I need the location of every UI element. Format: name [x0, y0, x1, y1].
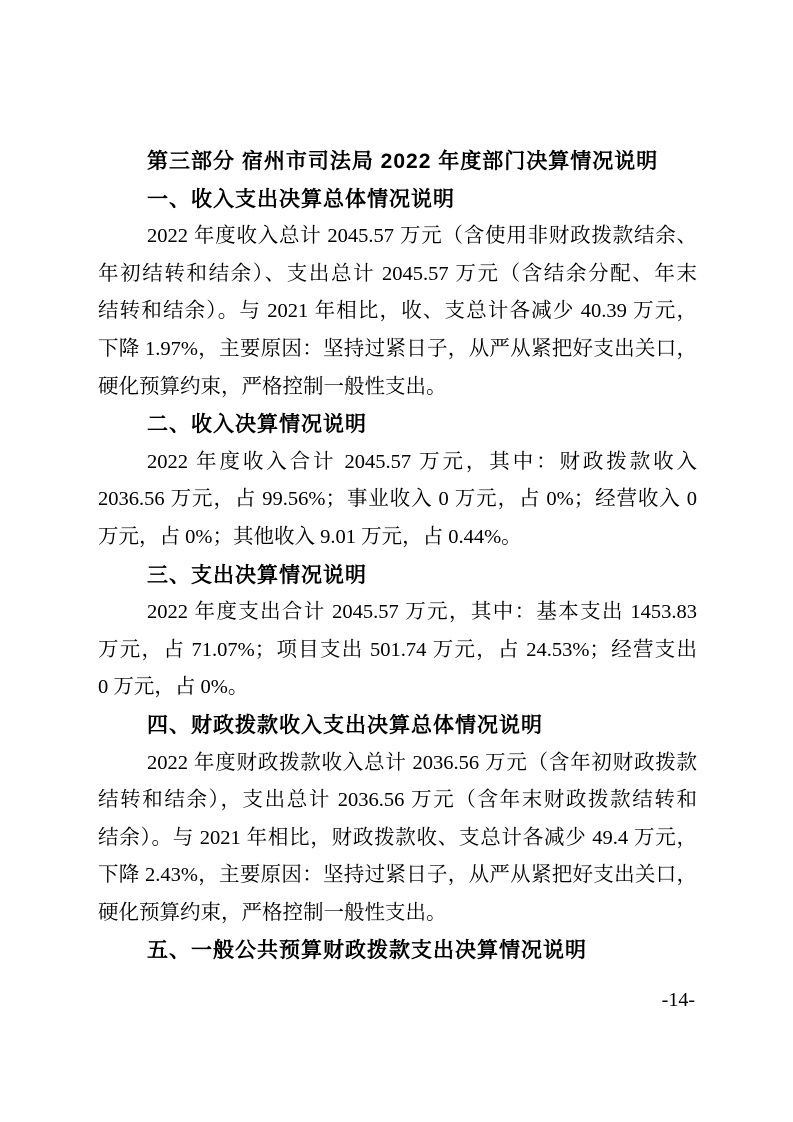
- text-line: 万元，占 0%；其他收入 9.01 万元，占 0.44%。: [98, 519, 697, 557]
- text-line: 第三部分 宿州市司法局 2022 年度部门决算情况说明: [98, 143, 697, 181]
- text-line: 2022 年度收入合计 2045.57 万元，其中：财政拨款收入: [98, 444, 697, 482]
- text-line: 万元，占 71.07%；项目支出 501.74 万元，占 24.53%；经营支出: [98, 632, 697, 670]
- text-line: 结转和结余），支出总计 2036.56 万元（含年末财政拨款结转和: [98, 782, 697, 820]
- paragraph: 2022 年度支出合计 2045.57 万元，其中：基本支出 1453.83万元…: [98, 594, 697, 707]
- document-body: 第三部分 宿州市司法局 2022 年度部门决算情况说明一、收入支出决算总体情况说…: [98, 143, 697, 970]
- text-line: 下降 1.97%，主要原因：坚持过紧日子，从严从紧把好支出关口，: [98, 331, 697, 369]
- paragraph: 2022 年度收入合计 2045.57 万元，其中：财政拨款收入2036.56 …: [98, 444, 697, 557]
- text-line: 2036.56 万元，占 99.56%；事业收入 0 万元，占 0%；经营收入 …: [98, 481, 697, 519]
- text-line: 硬化预算约束，严格控制一般性支出。: [98, 895, 697, 933]
- text-line: 2022 年度收入总计 2045.57 万元（含使用非财政拨款结余、: [98, 218, 697, 256]
- text-line: 结余）。与 2021 年相比，财政拨款收、支总计各减少 49.4 万元，: [98, 820, 697, 858]
- paragraph: 2022 年度财政拨款收入总计 2036.56 万元（含年初财政拨款结转和结余）…: [98, 745, 697, 933]
- text-line: 2022 年度支出合计 2045.57 万元，其中：基本支出 1453.83: [98, 594, 697, 632]
- section-heading: 二、收入决算情况说明: [98, 406, 697, 444]
- text-line: 结转和结余）。与 2021 年相比，收、支总计各减少 40.39 万元，: [98, 293, 697, 331]
- document-page: 第三部分 宿州市司法局 2022 年度部门决算情况说明一、收入支出决算总体情况说…: [0, 0, 793, 1122]
- text-line: 硬化预算约束，严格控制一般性支出。: [98, 369, 697, 407]
- page-number: -14-: [662, 986, 695, 1014]
- paragraph: 2022 年度收入总计 2045.57 万元（含使用非财政拨款结余、年初结转和结…: [98, 218, 697, 406]
- text-line: 一、收入支出决算总体情况说明: [98, 181, 697, 219]
- text-line: 年初结转和结余）、支出总计 2045.57 万元（含结余分配、年末: [98, 256, 697, 294]
- section-heading: 四、财政拨款收入支出决算总体情况说明: [98, 707, 697, 745]
- text-line: 2022 年度财政拨款收入总计 2036.56 万元（含年初财政拨款: [98, 745, 697, 783]
- text-line: 四、财政拨款收入支出决算总体情况说明: [98, 707, 697, 745]
- section-heading: 五、一般公共预算财政拨款支出决算情况说明: [98, 932, 697, 970]
- section-heading: 三、支出决算情况说明: [98, 557, 697, 595]
- section-heading: 一、收入支出决算总体情况说明: [98, 181, 697, 219]
- text-line: 五、一般公共预算财政拨款支出决算情况说明: [98, 932, 697, 970]
- text-line: 下降 2.43%，主要原因：坚持过紧日子，从严从紧把好支出关口，: [98, 857, 697, 895]
- text-line: 0 万元，占 0%。: [98, 669, 697, 707]
- text-line: 二、收入决算情况说明: [98, 406, 697, 444]
- section-heading: 第三部分 宿州市司法局 2022 年度部门决算情况说明: [98, 143, 697, 181]
- text-line: 三、支出决算情况说明: [98, 557, 697, 595]
